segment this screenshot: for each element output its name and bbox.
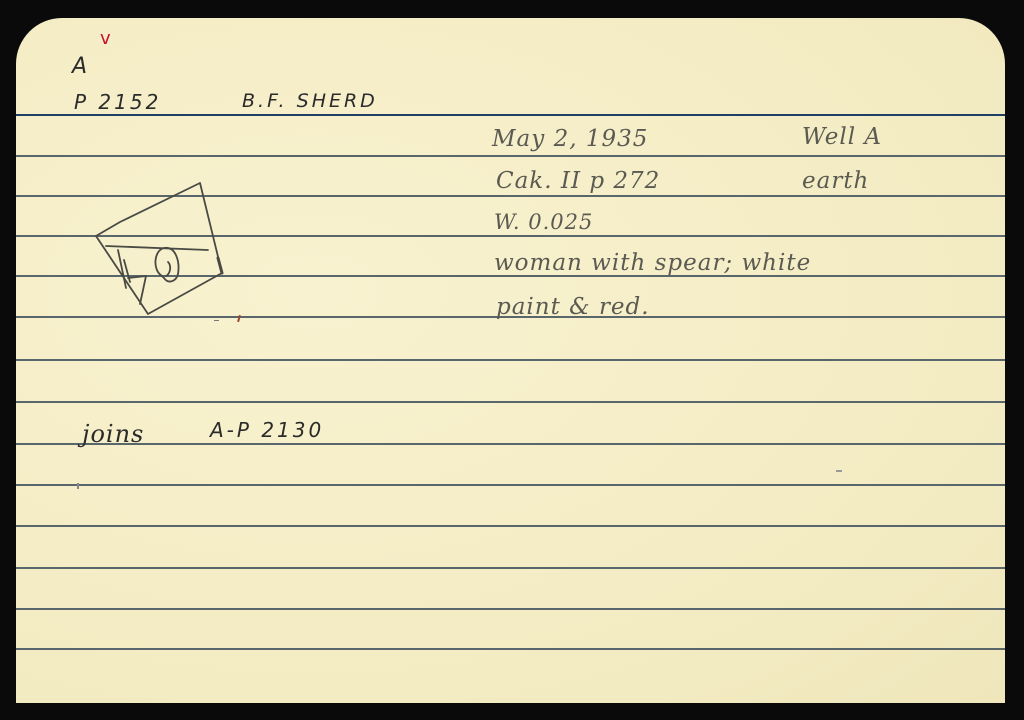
notebook-reference: Cak. II p 272 — [496, 168, 660, 194]
ruled-line — [16, 648, 1005, 650]
ruled-line — [16, 443, 1005, 445]
description-line-1: woman with spear; white — [494, 250, 811, 276]
deposit-context: earth — [802, 168, 869, 194]
find-location: Well A — [802, 124, 882, 150]
sherd-sketch-icon — [90, 178, 240, 328]
pencil-mark — [836, 470, 842, 472]
ruled-line — [16, 484, 1005, 486]
object-type: B.F. SHERD — [242, 90, 378, 112]
joins-label: joins — [82, 420, 144, 448]
excavation-date: May 2, 1935 — [492, 126, 648, 152]
pencil-mark — [77, 483, 79, 489]
width-measurement: W. 0.025 — [494, 210, 593, 234]
section-letter: A — [72, 54, 90, 79]
description-line-2: paint & red. — [496, 294, 650, 320]
check-mark: v — [100, 28, 111, 49]
catalog-card: A v P 2152 B.F. SHERD May 2, 1935 Well A… — [16, 18, 1005, 703]
ruled-line — [16, 401, 1005, 403]
ink-dot — [237, 315, 241, 322]
header-rule — [16, 114, 1005, 116]
joins-reference: A-P 2130 — [210, 418, 324, 442]
ruled-line — [16, 155, 1005, 157]
catalog-number: P 2152 — [74, 90, 161, 114]
ruled-line — [16, 525, 1005, 527]
ruled-line — [16, 359, 1005, 361]
ruled-line — [16, 608, 1005, 610]
pencil-mark — [214, 320, 219, 321]
ruled-line — [16, 567, 1005, 569]
